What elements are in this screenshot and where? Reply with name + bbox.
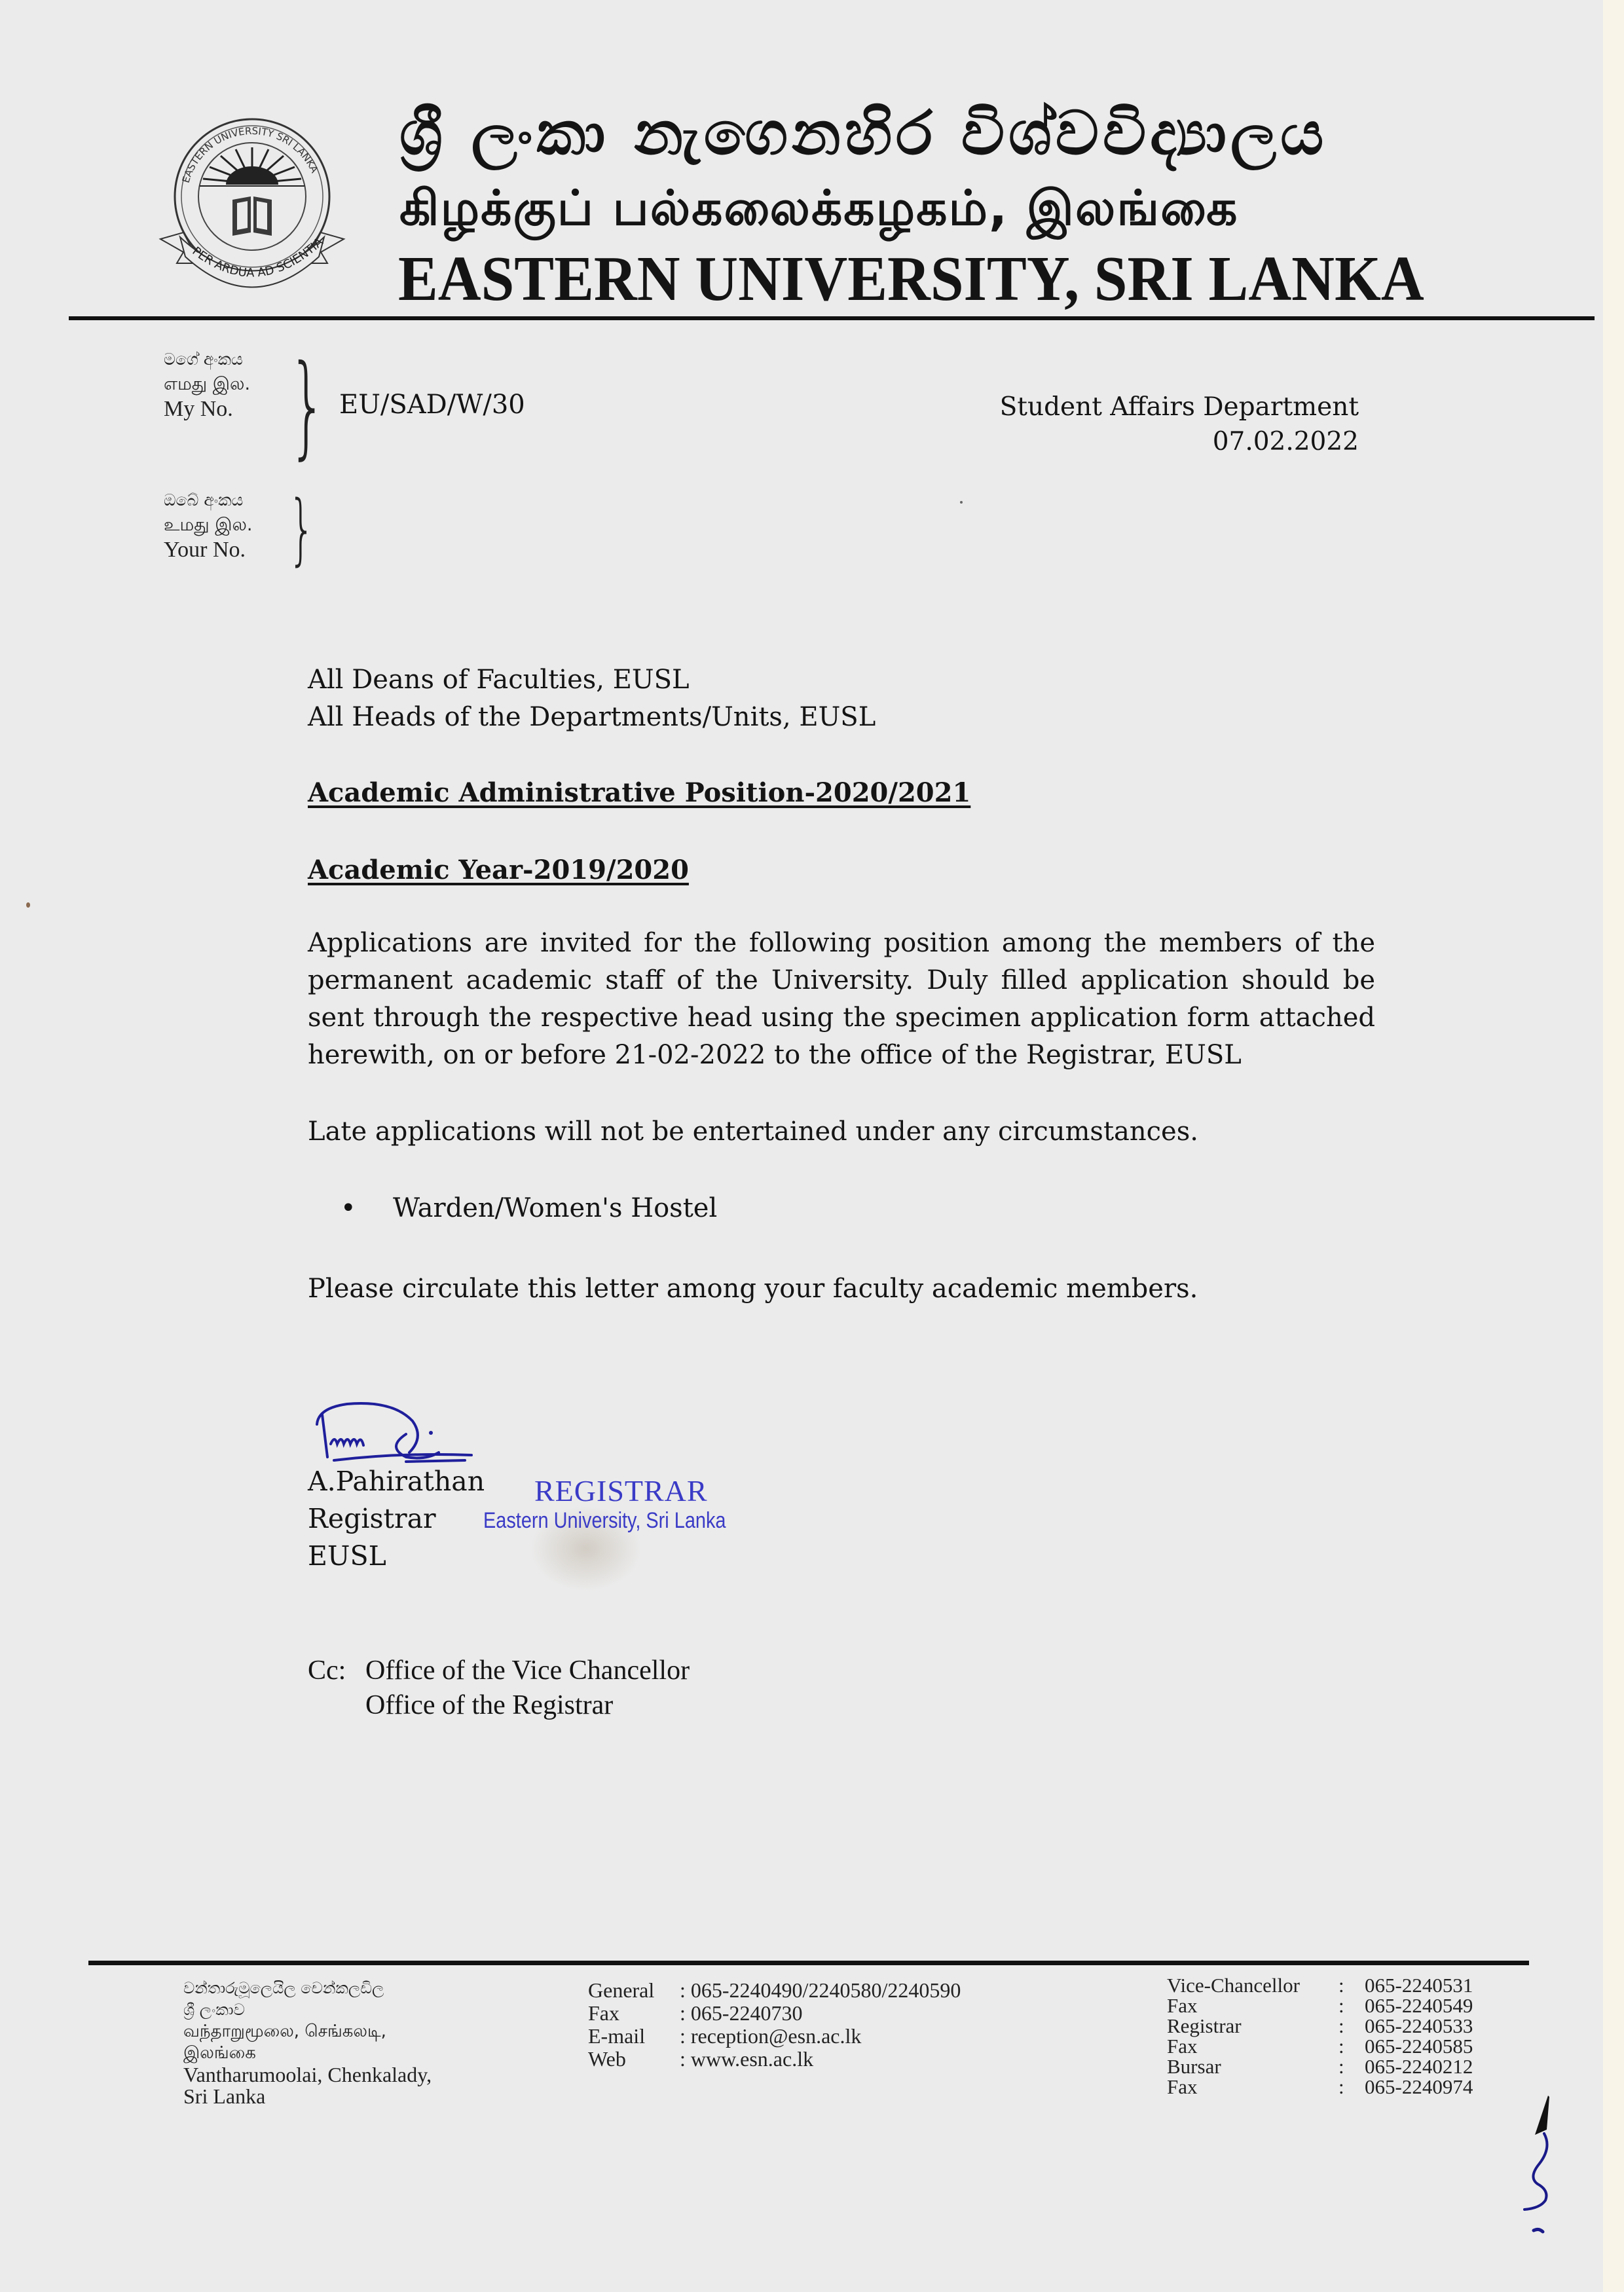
footer-divider — [88, 1961, 1529, 1965]
right-brace-icon: } — [288, 486, 315, 571]
contact-row: General: 065-2240490/2240580/2240590 — [588, 1979, 961, 2002]
phone-row: Bursar:065-2240212 — [1167, 2056, 1473, 2077]
my-no-label-english: My No. — [164, 397, 250, 422]
letter-date: 07.02.2022 — [1000, 424, 1359, 459]
stamp-subtitle: Eastern University, Sri Lanka — [483, 1508, 726, 1534]
signatory-block: A.Pahirathan Registrar EUSL — [308, 1463, 485, 1575]
phone-row: Fax:065-2240974 — [1167, 2077, 1473, 2097]
signature-icon — [308, 1395, 478, 1467]
sender-department: Student Affairs Department — [1000, 390, 1359, 424]
paper-edge — [1603, 0, 1624, 2292]
university-name-tamil: கிழக்குப் பல்கலைக்கழகம், இலங்கை — [399, 180, 1239, 243]
paper-speck — [960, 501, 963, 504]
address-tamil-line: இலங்கை — [183, 2042, 432, 2064]
my-no-label-sinhala: මගේ අංකය — [164, 347, 250, 372]
addressees: All Deans of Faculties, EUSL All Heads o… — [308, 661, 1375, 736]
web-link[interactable]: : www.esn.ac.lk — [680, 2048, 961, 2071]
your-no-label-sinhala: ඔබේ අංකය — [164, 488, 252, 513]
stamp-title: REGISTRAR — [534, 1473, 769, 1508]
signatory-title: Registrar — [308, 1500, 485, 1538]
cc-recipient: Office of the Vice Chancellor — [365, 1655, 690, 1686]
your-no-labels: ඔබේ අංකය உமது இல. Your No. — [164, 488, 252, 563]
cc-recipient: Office of the Registrar — [365, 1690, 613, 1720]
address-english-line: Vantharumoolai, Chenkalady, — [183, 2064, 432, 2086]
phone-row: Registrar:065-2240533 — [1167, 2016, 1473, 2036]
contact-row: E-mail: reception@esn.ac.lk — [588, 2025, 961, 2048]
sender-block: Student Affairs Department 07.02.2022 — [1000, 390, 1359, 459]
contact-row: Web: www.esn.ac.lk — [588, 2048, 961, 2071]
university-crest-icon: EASTERN UNIVERSITY SRI LANKA PER ARDUA A… — [147, 92, 357, 301]
handwritten-page-number-icon — [1521, 2089, 1560, 2240]
your-no-label-english: Your No. — [164, 538, 252, 563]
phone-row: Fax:065-2240549 — [1167, 1995, 1473, 2016]
address-english-line: Sri Lanka — [183, 2086, 432, 2107]
my-no-label-tamil: எமது இல. — [164, 372, 250, 397]
address-sinhala-line: ශ්‍රී ලංකාව — [183, 1999, 432, 2021]
body-paragraph: Applications are invited for the followi… — [308, 925, 1375, 1074]
address-sinhala-line: වන්තාරුමූලෙයිල චෙන්කලඩිල — [183, 1978, 432, 1999]
phone-row: Fax:065-2240585 — [1167, 2036, 1473, 2056]
footer-contact-table: General: 065-2240490/2240580/2240590 Fax… — [588, 1979, 961, 2071]
my-no-labels: මගේ අංකය எமது இல. My No. — [164, 347, 250, 422]
email-link[interactable]: : reception@esn.ac.lk — [680, 2025, 961, 2048]
circulate-note: Please circulate this letter among your … — [308, 1270, 1375, 1308]
academic-year-heading: Academic Year-2019/2020 — [308, 851, 1375, 889]
header-divider — [69, 316, 1595, 320]
signatory-name: A.Pahirathan — [308, 1463, 485, 1500]
phone-row: Vice-Chancellor:065-2240531 — [1167, 1975, 1473, 1995]
late-notice: Late applications will not be entertaine… — [308, 1113, 1375, 1151]
cc-label: Cc: — [308, 1654, 365, 1688]
bullet-icon: • — [341, 1193, 393, 1223]
position-list-item: •Warden/Women's Hostel — [341, 1193, 717, 1223]
university-name-sinhala: ශ්‍රී ලංකා නැගෙනහිර විශ්වවිද්‍යාලය — [399, 98, 1327, 170]
addressee: All Deans of Faculties, EUSL — [308, 661, 1375, 699]
cc-block: Cc:Office of the Vice Chancellor Office … — [308, 1654, 690, 1723]
paper-speck — [26, 902, 30, 908]
footer-address: වන්තාරුමූලෙයිල චෙන්කලඩිල ශ්‍රී ලංකාව வந்… — [183, 1978, 432, 2107]
address-tamil-line: வந்தாறுமூலை, செங்கலடி, — [183, 2021, 432, 2042]
right-brace-icon: } — [288, 347, 327, 465]
contact-row: Fax: 065-2240730 — [588, 2002, 961, 2025]
addressee: All Heads of the Departments/Units, EUSL — [308, 699, 1375, 736]
position-name: Warden/Women's Hostel — [393, 1193, 717, 1223]
university-name-english: EASTERN UNIVERSITY, SRI LANKA — [398, 242, 1424, 316]
footer-phone-table: Vice-Chancellor:065-2240531 Fax:065-2240… — [1167, 1975, 1473, 2097]
your-no-label-tamil: உமது இல. — [164, 513, 252, 538]
subject-heading: Academic Administrative Position-2020/20… — [308, 774, 1375, 811]
registrar-stamp: REGISTRAR Eastern University, Sri Lanka — [483, 1473, 769, 1534]
signatory-institution: EUSL — [308, 1538, 485, 1575]
my-no-value: EU/SAD/W/30 — [339, 390, 525, 420]
